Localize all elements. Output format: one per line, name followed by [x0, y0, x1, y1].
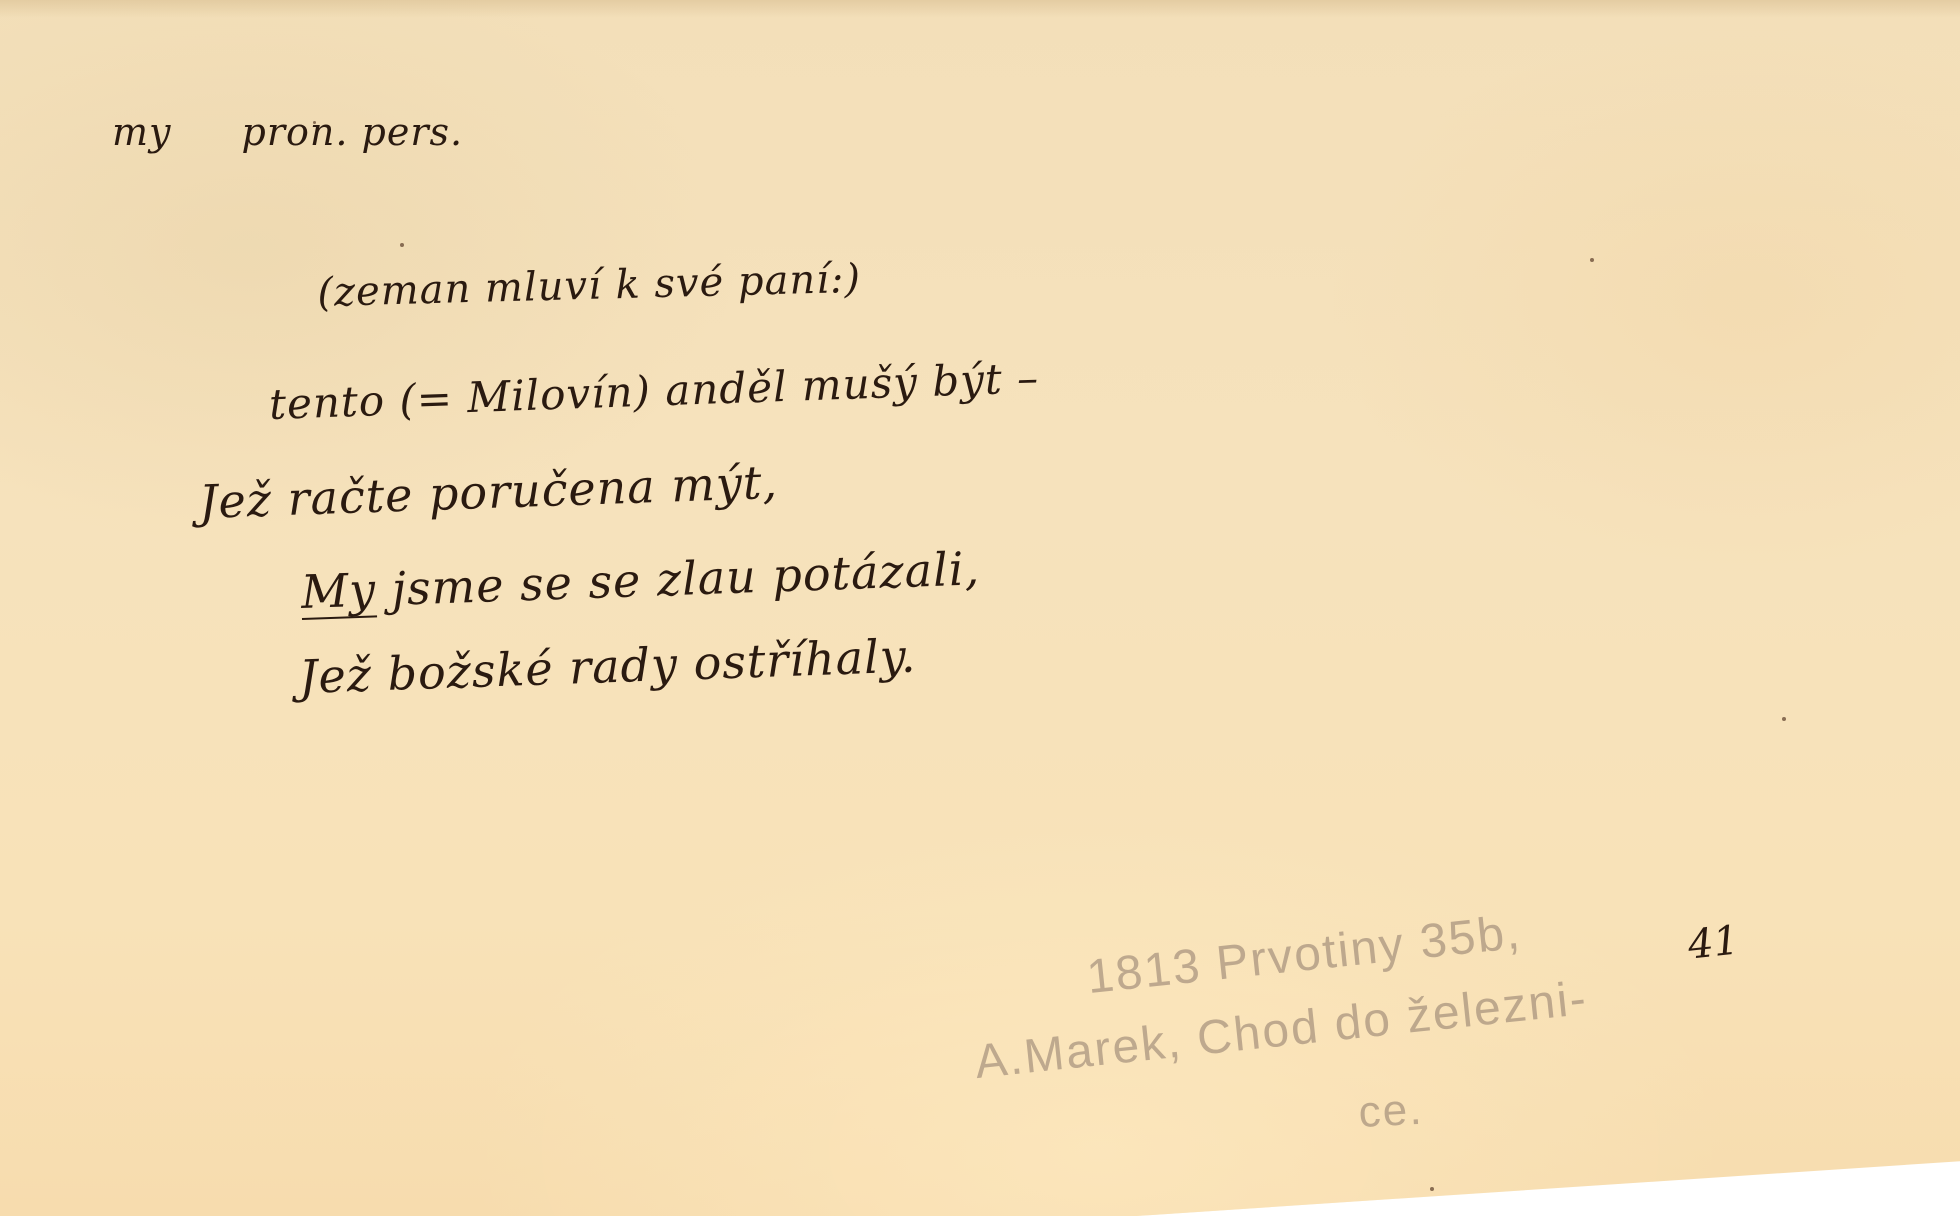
headword: my [112, 110, 172, 154]
context-note: (zeman mluví k své paní:) [317, 256, 862, 316]
paper-speck [1430, 1187, 1434, 1191]
quote-line-1: tento (= Milovín) anděl mušý být – [268, 353, 1040, 429]
underlined-headword: My [300, 562, 377, 619]
quote-line-4: Jež božské rady ostříhaly. [298, 628, 917, 704]
folio-number: 41 [1686, 917, 1741, 968]
headword-line: mypron. pers. [112, 110, 463, 154]
quote-line-3-rest: jsme se se zlau potázali, [375, 541, 981, 616]
quote-line-3: My jsme se se zlau potázali, [300, 541, 981, 619]
index-card: mypron. pers. (zeman mluví k své paní:) … [0, 0, 1960, 1216]
grammar-label: pron. pers. [242, 110, 464, 154]
quote-line-2: Jež račte poručena mýt, [198, 455, 779, 529]
paper-speck [400, 243, 404, 247]
paper-speck [313, 121, 316, 124]
source-stamp-line-3: ce. [1357, 1085, 1424, 1138]
paper-speck [1782, 717, 1786, 721]
paper-speck [1590, 258, 1594, 262]
paper-edge-shadow [0, 0, 1960, 18]
source-stamp-line-2: A.Marek, Chod do železni- [972, 971, 1590, 1090]
